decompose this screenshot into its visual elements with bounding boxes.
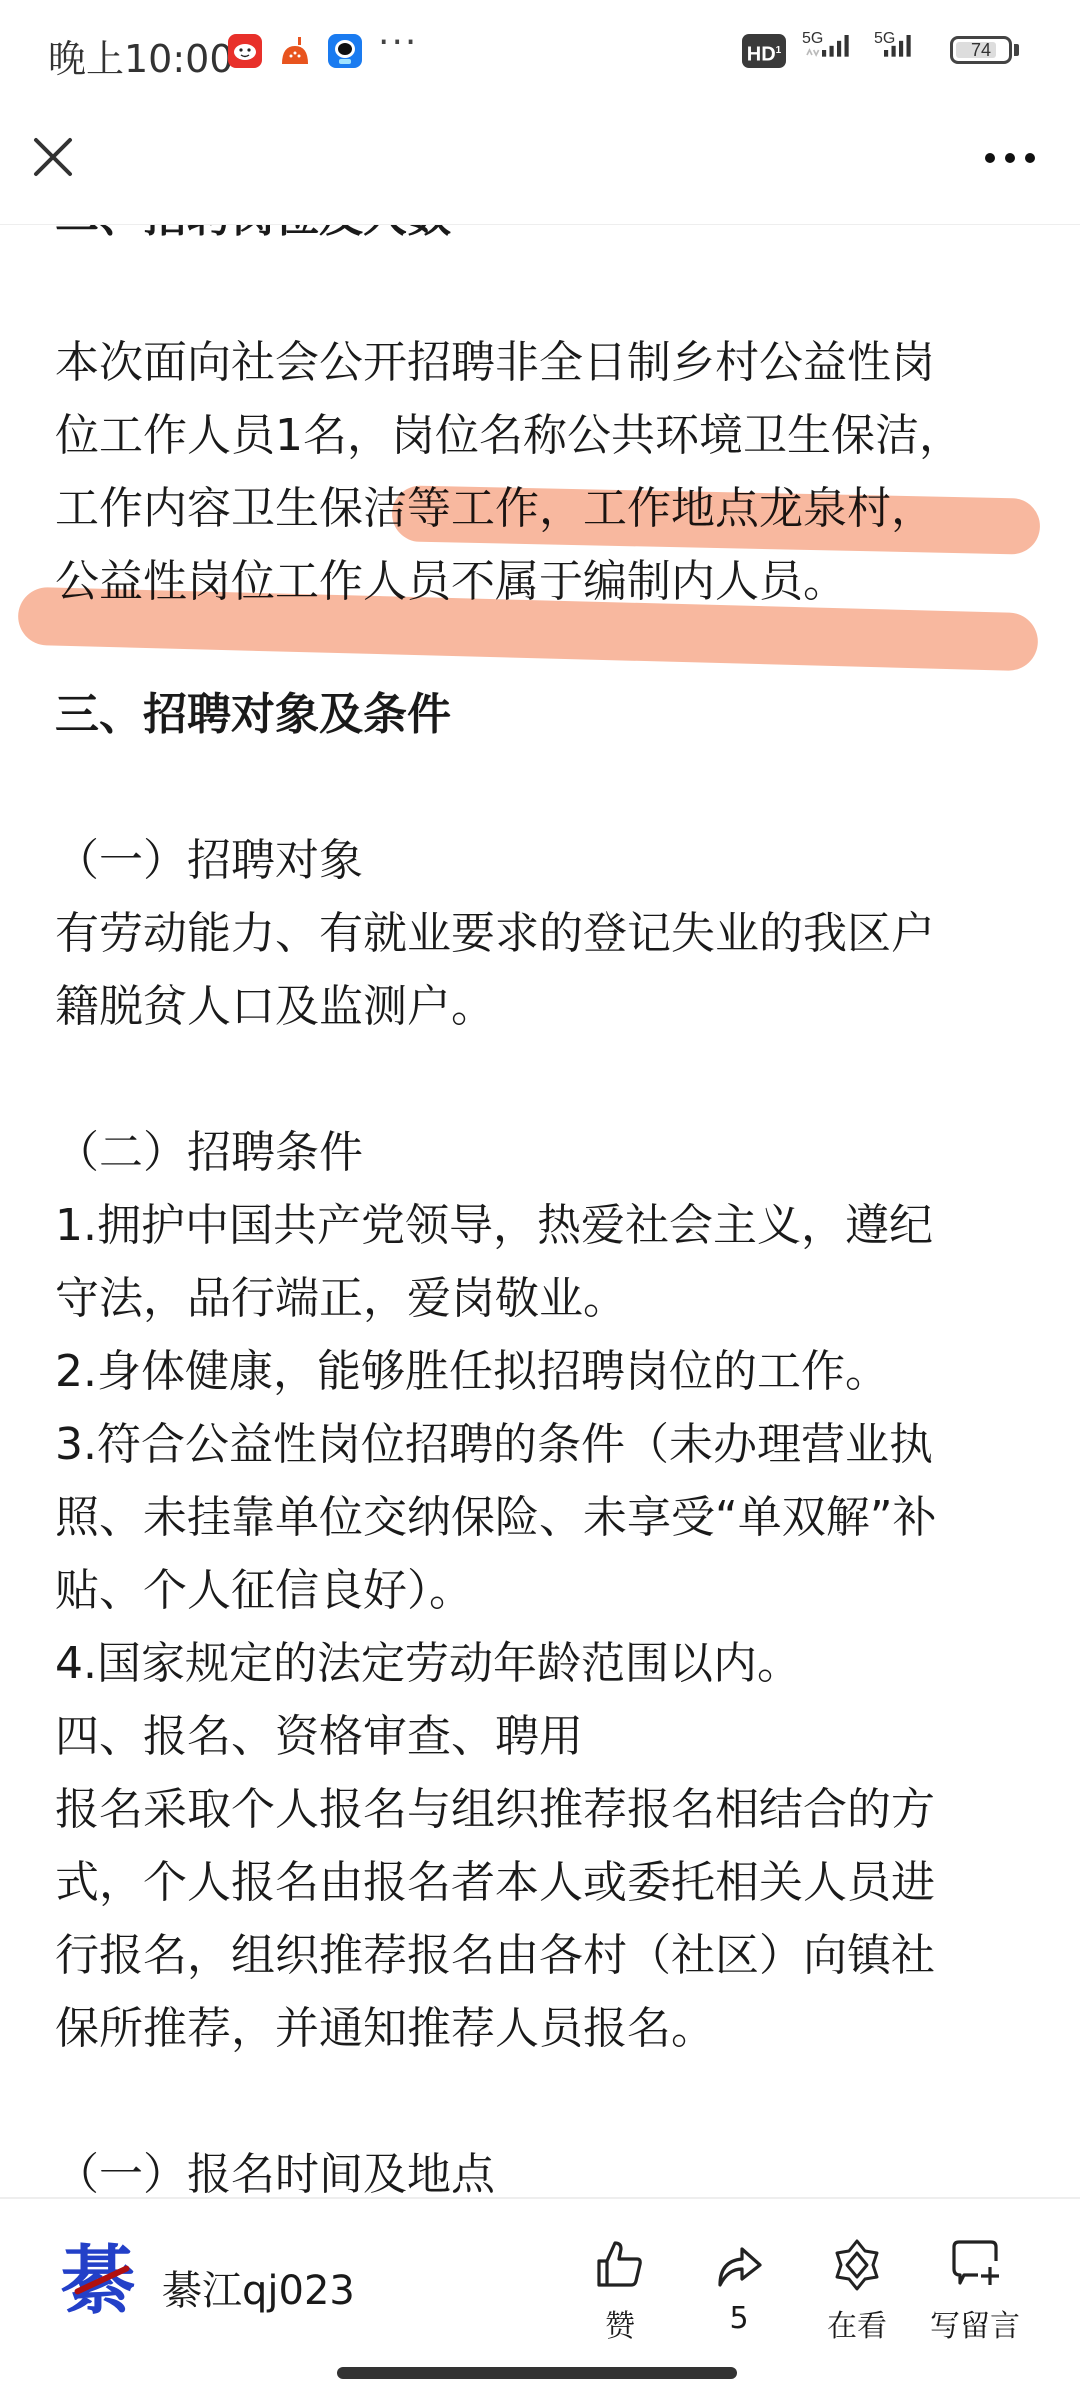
jd-app-icon (228, 34, 262, 68)
section-3-title: 三、招聘对象及条件 (55, 678, 1035, 751)
subsection-2-title: （二）招聘条件 (55, 1116, 1035, 1189)
paragraph-line: 位工作人员1名，岗位名称公共环境卫生保洁， (55, 399, 1035, 472)
battery-tip (1014, 44, 1019, 56)
battery-level: 74 (953, 39, 1009, 61)
paragraph-line: 式，个人报名由报名者本人或委托相关人员进 (55, 1846, 1035, 1919)
like-label: 赞 (565, 2301, 675, 2345)
share-button[interactable]: 5 (684, 2237, 794, 2336)
paragraph-line: 保所推荐，并通知推荐人员报名。 (55, 1992, 1035, 2065)
comment-add-icon (948, 2237, 1002, 2291)
wow-icon (830, 2237, 884, 2291)
section-4-title: 四、报名、资格审查、聘用 (55, 1700, 1035, 1773)
paragraph-line: 行报名，组织推荐报名由各村（社区）向镇社 (55, 1919, 1035, 1992)
article-top-bar (0, 100, 1080, 225)
write-comment-button[interactable]: 写留言 (920, 2237, 1030, 2345)
paragraph-line: 2.身体健康，能够胜任拟招聘岗位的工作。 (55, 1335, 1035, 1408)
status-time: 晚上10:00 (48, 28, 234, 83)
paragraph-line: 1.拥护中国共产党领导，热爱社会主义，遵纪 (55, 1189, 1035, 1262)
thumbs-up-icon (593, 2237, 647, 2291)
paragraph-line: 照、未挂靠单位交纳保险、未享受“单双解”补 (55, 1481, 1035, 1554)
paragraph-line: 本次面向社会公开招聘非全日制乡村公益性岗 (55, 326, 1035, 399)
share-count: 5 (684, 2301, 794, 2336)
paragraph-line: 报名采取个人报名与组织推荐报名相结合的方 (55, 1773, 1035, 1846)
wow-label: 在看 (802, 2301, 912, 2345)
account-name[interactable]: 綦江qj023 (162, 2259, 355, 2316)
battery-icon: 74 (950, 36, 1012, 64)
subsection-1-title: （一）招聘对象 (55, 824, 1035, 897)
paragraph-line: 有劳动能力、有就业要求的登记失业的我区户 (55, 897, 1035, 970)
status-overflow-icon: ··· (378, 22, 418, 63)
close-button[interactable] (28, 132, 78, 182)
paragraph-line: 贴、个人征信良好）。 (55, 1554, 1035, 1627)
like-button[interactable]: 赞 (565, 2237, 675, 2345)
share-icon (712, 2237, 766, 2291)
status-bar: 晚上10:00 ··· HD1 5G 5G 74 (0, 0, 1080, 100)
write-comment-label: 写留言 (920, 2301, 1030, 2345)
hd-voice-badge: HD1 (742, 34, 786, 68)
paragraph-line: 3.符合公益性岗位招聘的条件（未办理营业执 (55, 1408, 1035, 1481)
paragraph-line: 籍脱贫人口及监测户。 (55, 970, 1035, 1043)
robot-app-icon (328, 34, 362, 68)
wow-button[interactable]: 在看 (802, 2237, 912, 2345)
paragraph-line: 守法，品行端正，爱岗敬业。 (55, 1262, 1035, 1335)
close-icon (28, 132, 78, 182)
article-body: 二、招聘岗位及人数 本次面向社会公开招聘非全日制乡村公益性岗 位工作人员1名，岗… (55, 180, 1035, 2211)
more-options-button[interactable] (980, 140, 1040, 176)
tomato-novel-icon (278, 34, 312, 68)
home-indicator[interactable] (337, 2367, 737, 2379)
account-avatar[interactable]: 綦 (58, 2241, 138, 2321)
paragraph-line: 4.国家规定的法定劳动年龄范围以内。 (55, 1627, 1035, 1700)
more-icon (980, 140, 1040, 176)
